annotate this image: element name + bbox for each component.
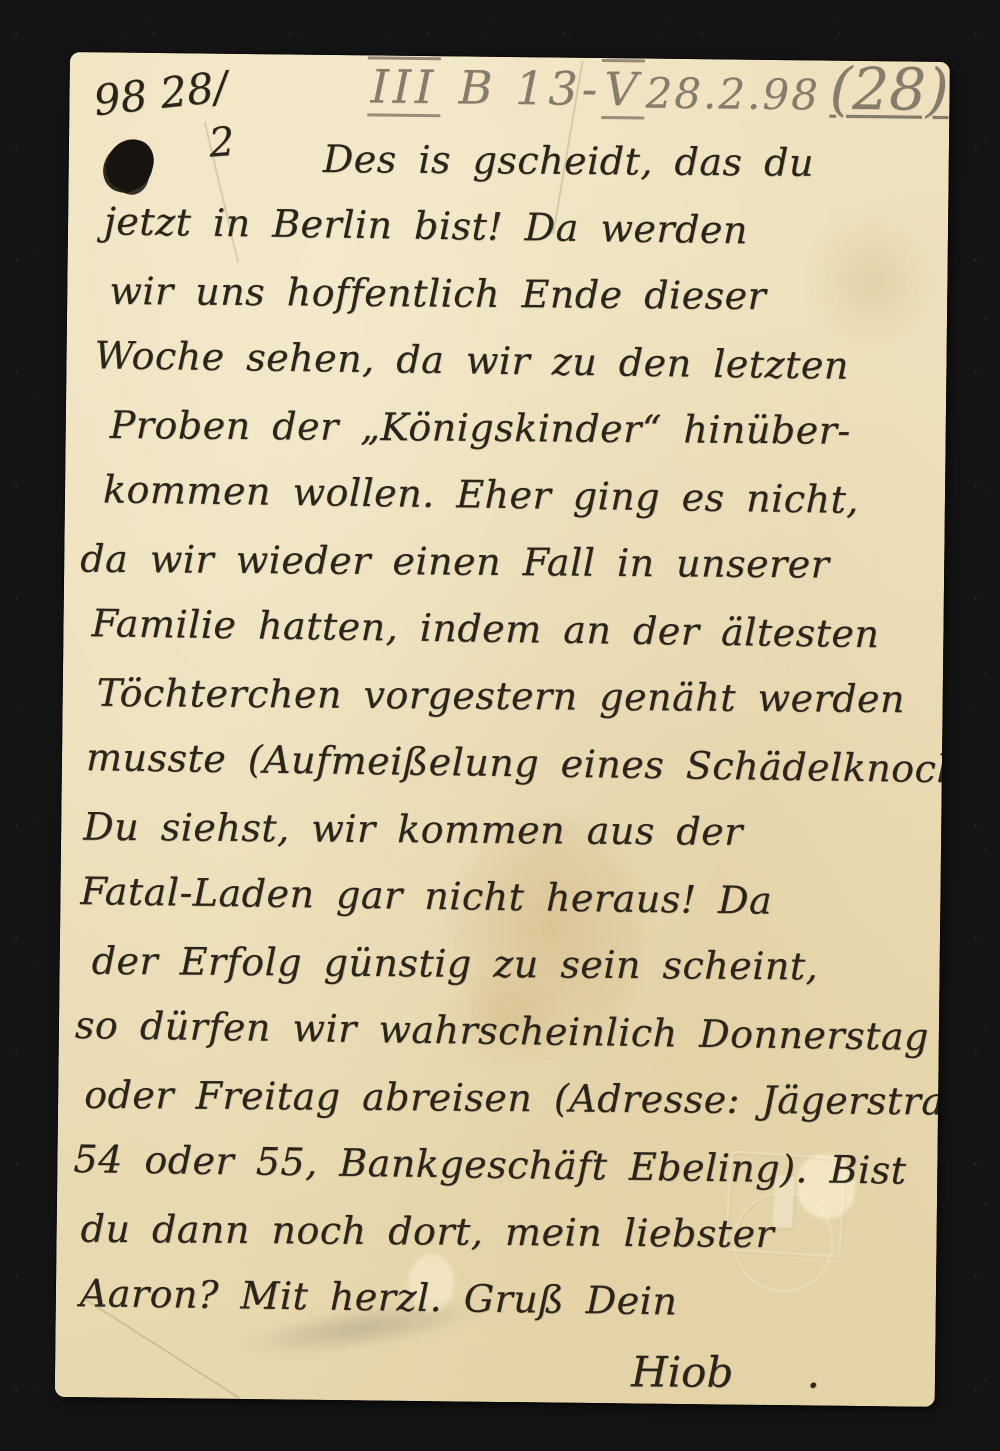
catalog-roman-suffix: V bbox=[601, 59, 645, 119]
handwriting-line: Aaron? Mit herzl. Gruß Dein bbox=[79, 1260, 924, 1339]
handwriting-line: Des is gscheidt, das du bbox=[323, 126, 938, 198]
handwriting-line: Töchterchen vorgestern genäht werden bbox=[96, 660, 931, 734]
pencil-sheet-number: (28) bbox=[829, 55, 949, 124]
handwriting-line: Woche sehen, da wir zu den letzten bbox=[94, 322, 935, 401]
handwriting-line: der Erfolg günstig zu sein scheint, bbox=[91, 928, 928, 1002]
catalog-roman-prefix: III bbox=[367, 56, 440, 117]
handwriting-line: Fatal-Laden gar nicht heraus! Da bbox=[80, 858, 929, 937]
pencil-catalog-number: III B 13-V bbox=[367, 59, 644, 116]
handwriting-line: wir uns hoffentlich Ende dieser bbox=[109, 258, 936, 331]
handwriting-line: kommen wollen. Eher ging es nicht, bbox=[103, 456, 934, 535]
signature: Hiob . bbox=[631, 1337, 923, 1407]
handwriting-line: du dann noch dort, mein liebster bbox=[80, 1196, 925, 1270]
catalog-middle: B 13- bbox=[440, 60, 602, 116]
handwriting-line: 54 oder 55, Bankgeschäft Ebeling). Bist bbox=[73, 1126, 926, 1205]
handwriting-line: da wir wieder einen Fall in unserer bbox=[80, 526, 932, 600]
handwriting-line: oder Freitag abreisen (Adresse: Jägerstr… bbox=[84, 1062, 927, 1136]
photo-mat-background: { "colors": { "background": "#141414", "… bbox=[0, 0, 1000, 1451]
handwriting-line: Du siehst, wir kommen aus der bbox=[83, 794, 930, 868]
handwriting-line: so dürfen wir wahrscheinlich Donnerstag bbox=[74, 992, 927, 1071]
handwriting-line: jetzt in Berlin bist! Da werden bbox=[104, 188, 937, 267]
postcard: 98 28/ 2 III B 13-V 28.2.98 (28) Des is … bbox=[55, 52, 950, 1407]
signature-row: Hiob . bbox=[71, 1330, 924, 1407]
handwriting-line: Proben der „Königskinder“ hinüber- bbox=[110, 392, 935, 465]
handwriting-line: musste (Aufmeißelung eines Schädelknoche… bbox=[86, 724, 931, 803]
pencil-date: 28.2.98 bbox=[645, 69, 820, 120]
handwriting-line: Familie hatten, indem an der ältesten bbox=[91, 590, 932, 669]
ink-date-line1: 98 28/ bbox=[91, 62, 230, 126]
handwritten-message: Des is gscheidt, das dujetzt in Berlin b… bbox=[72, 122, 938, 1338]
